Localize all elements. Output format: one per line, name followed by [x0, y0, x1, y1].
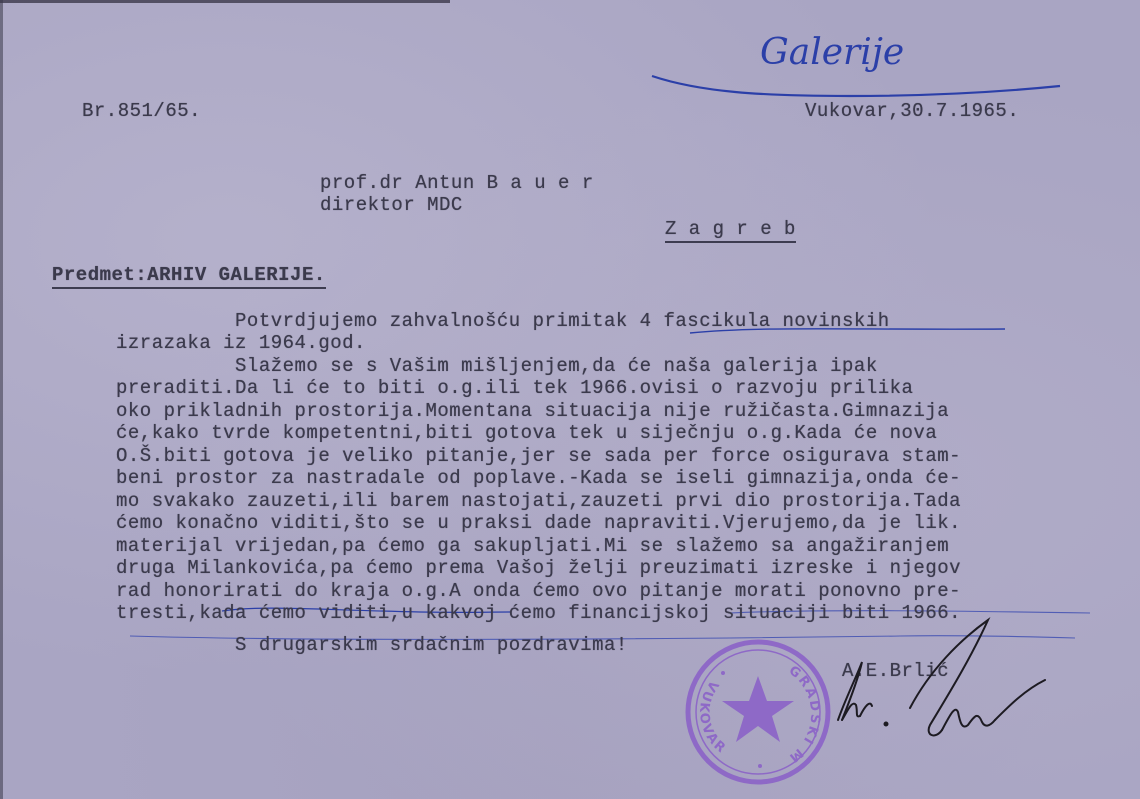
- handwritten-signature: [0, 0, 1140, 799]
